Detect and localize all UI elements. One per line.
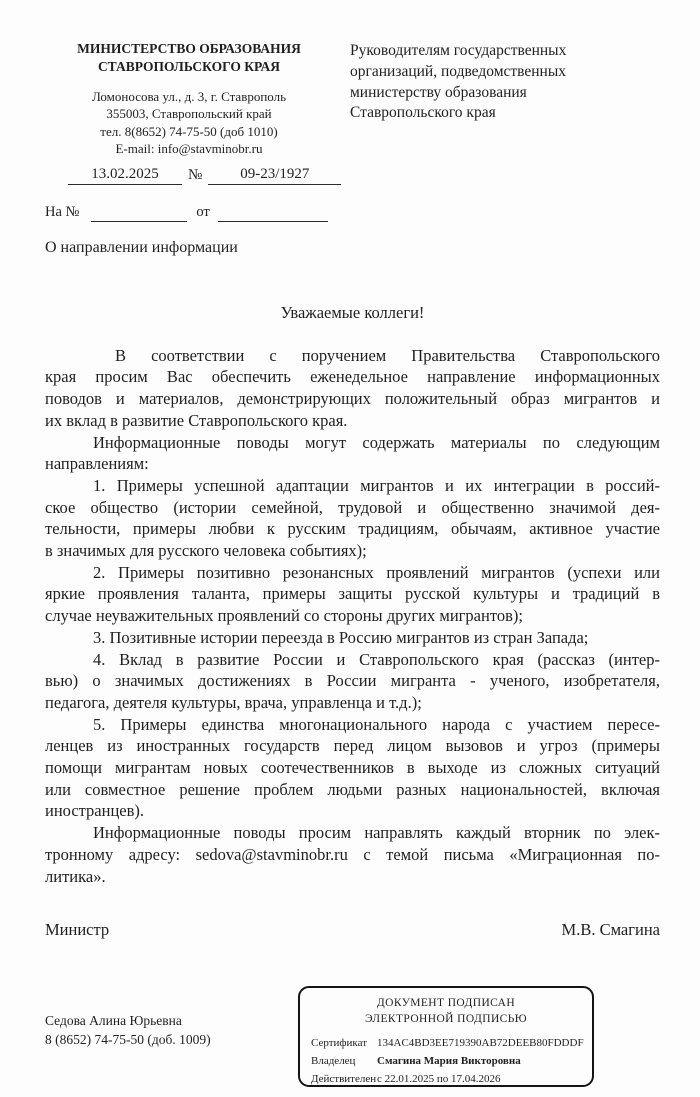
body-line: иностранцев). (45, 800, 660, 822)
ref-date-blank (218, 201, 328, 222)
subject-line: О направлении информации (45, 239, 238, 257)
date-value: 13.02.2025 (68, 166, 182, 185)
body-line: 4. Вклад в развитие России и Ставропольс… (45, 649, 660, 671)
text-line: 355003, Ставропольский край (45, 105, 333, 122)
letterhead: МИНИСТЕРСТВО ОБРАЗОВАНИЯСТАВРОПОЛЬСКОГО … (45, 40, 333, 157)
body-line: Информационные поводы могут содержать ма… (45, 432, 660, 454)
ref-from-label: от (196, 204, 209, 222)
body-paragraph: 3. Позитивные истории переезда в Россию … (45, 627, 660, 649)
ref-number-blank (91, 201, 187, 222)
stamp-row-label: Действителен (311, 1073, 377, 1085)
text-line: СТАВРОПОЛЬСКОГО КРАЯ (45, 58, 333, 76)
ref-label: На № (45, 204, 79, 222)
text-line: Ставропольского края (350, 103, 650, 124)
body-line: тельности, примеры любви к русским тради… (45, 518, 660, 540)
stamp-row: ВладелецСмагина Мария Викторовна (311, 1052, 592, 1070)
body-paragraph: 2. Примеры позитивно резонансных проявле… (45, 562, 660, 627)
body-paragraph: 5. Примеры единства многонационального н… (45, 714, 660, 823)
body-line: их вклад в развитие Ставропольского края… (45, 410, 660, 432)
text-line: министерству образования (350, 83, 650, 104)
stamp-row-label: Сертификат (311, 1037, 377, 1049)
stamp-row-label: Владелец (311, 1055, 377, 1067)
stamp-row-value: с 22.01.2025 по 17.04.2026 (377, 1073, 501, 1085)
body-line: вью) о значимых достижениях в России миг… (45, 670, 660, 692)
stamp-row-value: 134AC4BD3EE719390AB72DEEB80FDDDF (377, 1037, 584, 1049)
stamp-row-value: Смагина Мария Викторовна (377, 1055, 521, 1067)
body-line: литика». (45, 866, 660, 888)
text-line: E-mail: info@stavminobr.ru (45, 140, 333, 157)
date-number-line: 13.02.2025 № 09-23/1927 (68, 166, 341, 185)
text-line: Руководителям государственных (350, 41, 650, 62)
reference-line: На № от (45, 201, 328, 222)
letter-body: Уважаемые коллеги! В соответствии с пору… (45, 302, 660, 887)
stamp-rows: Сертификат134AC4BD3EE719390AB72DEEB80FDD… (311, 1034, 592, 1088)
body-line: или совместное решение проблем людьми ра… (45, 779, 660, 801)
scanned-letter-page: МИНИСТЕРСТВО ОБРАЗОВАНИЯСТАВРОПОЛЬСКОГО … (0, 0, 700, 1097)
signer-name: М.В. Смагина (562, 920, 660, 940)
body-paragraph: Информационные поводы могут содержать ма… (45, 432, 660, 475)
body-line: в значимых для русского человека события… (45, 540, 660, 562)
body-paragraph: В соответствии с поручением Правительств… (45, 345, 660, 432)
body-paragraph: 1. Примеры успешной адаптации мигрантов … (45, 475, 660, 562)
executor-name: Седова Алина Юрьевна (45, 1011, 211, 1030)
body-line: тронному адресу: sedova@stavminobr.ru с … (45, 844, 660, 866)
body-line: случае неуважительных проявлений со стор… (45, 605, 660, 627)
body-line: Информационные поводы просим направлять … (45, 822, 660, 844)
text-line: МИНИСТЕРСТВО ОБРАЗОВАНИЯ (45, 40, 333, 58)
text-line: организаций, подведомственных (350, 62, 650, 83)
body-line: яркие проявления таланта, примеры защиты… (45, 583, 660, 605)
signature-stamp: ДОКУМЕНТ ПОДПИСАНЭЛЕКТРОННОЙ ПОДПИСЬЮ Се… (298, 986, 594, 1087)
body-paragraph: 4. Вклад в развитие России и Ставропольс… (45, 649, 660, 714)
body-line: края просим Вас обеспечить еженедельное … (45, 366, 660, 388)
signer-position: Министр (45, 920, 109, 940)
addressee-block: Руководителям государственныхорганизаций… (350, 41, 650, 124)
text-line: тел. 8(8652) 74-75-50 (доб 1010) (45, 123, 333, 140)
body-line: педагога, деятеля культуры, врача, управ… (45, 692, 660, 714)
body-line: направлениям: (45, 453, 660, 475)
doc-number: 09-23/1927 (208, 166, 341, 185)
text-line: ДОКУМЕНТ ПОДПИСАН (300, 995, 592, 1011)
body-line: ское общество (истории семейной, трудово… (45, 497, 660, 519)
executor-phone: 8 (8652) 74-75-50 (доб. 1009) (45, 1030, 211, 1049)
body-line: 2. Примеры позитивно резонансных проявле… (45, 562, 660, 584)
body-line: ленцев из иностранных государств перед л… (45, 735, 660, 757)
executor-block: Седова Алина Юрьевна 8 (8652) 74-75-50 (… (45, 1011, 211, 1049)
body-paragraphs: В соответствии с поручением Правительств… (45, 345, 660, 888)
salutation: Уважаемые коллеги! (45, 302, 660, 324)
number-sign: № (188, 167, 202, 185)
body-line: 5. Примеры единства многонационального н… (45, 714, 660, 736)
body-line: помощи мигрантам новых соотечественников… (45, 757, 660, 779)
body-paragraph: Информационные поводы просим направлять … (45, 822, 660, 887)
text-line: Ломоносова ул., д. 3, г. Ставрополь (45, 88, 333, 105)
stamp-title: ДОКУМЕНТ ПОДПИСАНЭЛЕКТРОННОЙ ПОДПИСЬЮ (300, 995, 592, 1027)
text-line: ЭЛЕКТРОННОЙ ПОДПИСЬЮ (300, 1011, 592, 1027)
body-line: 3. Позитивные истории переезда в Россию … (45, 627, 660, 649)
ministry-address: Ломоносова ул., д. 3, г. Ставрополь35500… (45, 88, 333, 157)
signature-row: Министр М.В. Смагина (45, 920, 660, 940)
body-line: поводов и материалов, демонстрирующих по… (45, 388, 660, 410)
ministry-title: МИНИСТЕРСТВО ОБРАЗОВАНИЯСТАВРОПОЛЬСКОГО … (45, 40, 333, 75)
stamp-row: Действителенс 22.01.2025 по 17.04.2026 (311, 1070, 592, 1088)
body-line: В соответствии с поручением Правительств… (45, 345, 660, 367)
stamp-row: Сертификат134AC4BD3EE719390AB72DEEB80FDD… (311, 1034, 592, 1052)
body-line: 1. Примеры успешной адаптации мигрантов … (45, 475, 660, 497)
